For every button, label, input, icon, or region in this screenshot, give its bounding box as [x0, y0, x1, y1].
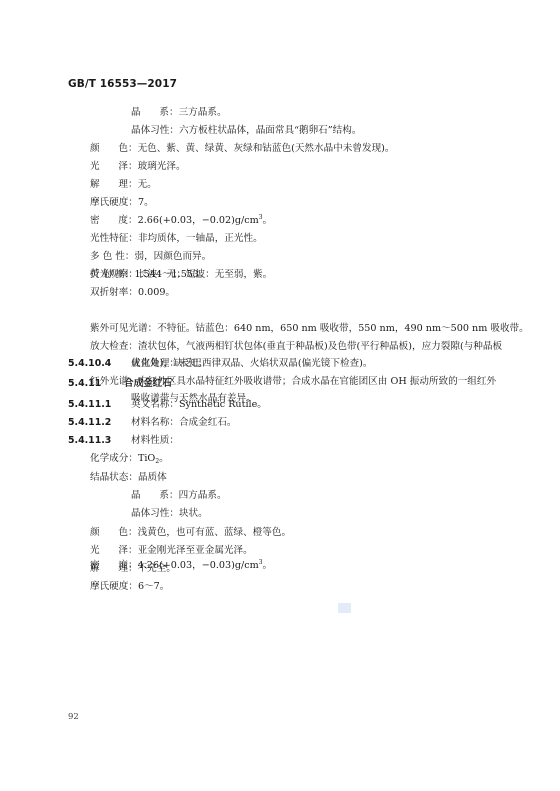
- prop-crystal-system: 晶系：三方晶系。: [131, 107, 227, 119]
- rutile-color: 颜色：浅黄色，也可有蓝、蓝绿、橙等色。: [90, 527, 291, 539]
- section-5-4-10-4: 5.4.10.4优化处理：未知。: [68, 358, 208, 370]
- watermark-logo-icon: [338, 603, 351, 613]
- prop-luster: 光泽：玻璃光泽。: [90, 161, 186, 173]
- prop-optical: 光性特征：非均质体，一轴晶，正光性。: [90, 233, 263, 245]
- rutile-hardness: 摩氏硬度：6～7。: [90, 581, 169, 593]
- section-5-4-11-heading: 5.4.11合成金红石: [68, 378, 172, 390]
- page-number: 92: [68, 712, 79, 722]
- prop-birefringence: 双折射率：0.009。: [90, 287, 175, 299]
- rutile-crystal-system: 晶系：四方晶系。: [131, 490, 227, 502]
- standard-header: GB/T 16553—2017: [68, 78, 177, 90]
- prop-pleochroism: 多 色 性：弱，因颜色而异。: [90, 251, 211, 263]
- prop-density: 密度：2.66(+0.03，−0.02)g/cm3。: [90, 215, 272, 227]
- prop-crystal-habit: 晶体习性：六方板柱状晶体，晶面常具“鹅卵石”结构。: [131, 125, 361, 137]
- prop-hardness: 摩氏硬度：7。: [90, 197, 154, 209]
- prop-uv-vis: 紫外可见光谱：不特征。钴蓝色：640 nm，650 nm 吸收带，550 nm，…: [90, 323, 529, 335]
- section-5-4-11-2: 5.4.11.2材料名称：合成金红石。: [68, 417, 237, 429]
- rutile-crystal-habit: 晶体习性：块状。: [131, 508, 208, 520]
- rutile-chem: 化学成分：TiO2。: [90, 453, 169, 465]
- section-5-4-11-3: 5.4.11.3材料性质：: [68, 435, 179, 447]
- prop-color: 颜色：无色、紫、黄、绿黄、灰绿和钴蓝色(天然水晶中未曾发现)。: [90, 143, 395, 155]
- prop-fluorescence: 荧光观察：长波：无；短波：无至弱，紫。: [90, 269, 272, 281]
- section-5-4-11-1: 5.4.11.1英文名称：Synthetic Rutile。: [68, 399, 267, 411]
- rutile-density: 密度：4.26(+0.03，−0.03)g/cm3。: [90, 560, 272, 572]
- prop-magnification: 放大检查：渣状包体，气液两相钉状包体(垂直于种晶板)及色带(平行种晶板)，应力裂…: [90, 341, 502, 353]
- prop-cleavage: 解理：无。: [90, 179, 157, 191]
- rutile-state: 结晶状态：晶质体: [90, 472, 167, 484]
- rutile-luster: 光泽：亚金刚光泽至亚金属光泽。: [90, 545, 253, 557]
